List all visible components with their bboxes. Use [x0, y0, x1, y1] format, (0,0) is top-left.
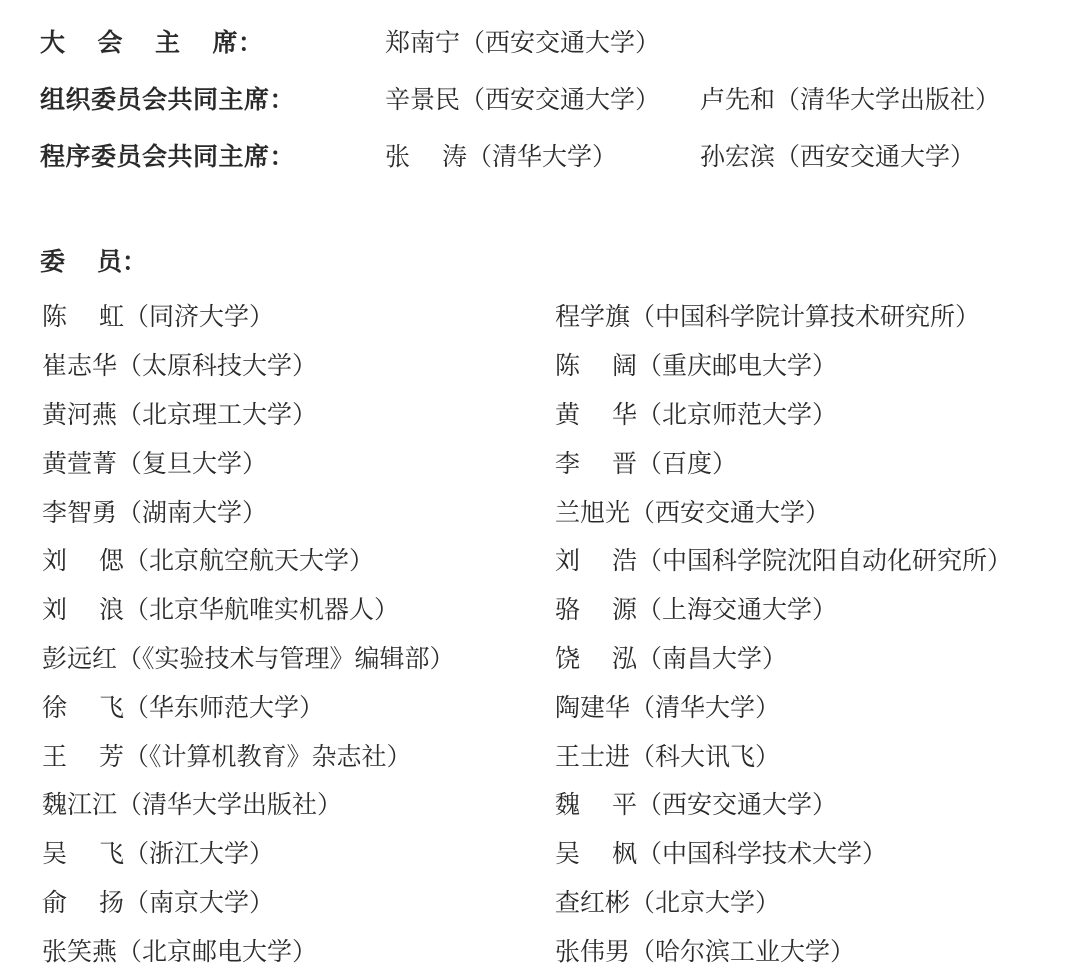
- person-affiliation: （同济大学）: [124, 304, 274, 331]
- person-affiliation: （西安交通大学）: [460, 87, 660, 114]
- person-name: 吴飞: [42, 841, 124, 868]
- chair-row: 程序委员会共同主席：张涛（清华大学）孙宏滨（西安交通大学）: [0, 126, 1080, 183]
- person-name: 王士进: [555, 744, 630, 771]
- name-gap: [580, 373, 612, 374]
- name-gap: [580, 568, 612, 569]
- name-gap: [67, 764, 99, 765]
- person-name: 黄萱菁: [42, 451, 117, 478]
- person-affiliation: （中国科学技术大学）: [637, 841, 887, 868]
- person: 饶泓（南昌大学）: [555, 639, 787, 675]
- person: 刘浩（中国科学院沈阳自动化研究所）: [555, 541, 1012, 577]
- member-row: 魏江江（清华大学出版社）: [42, 779, 513, 828]
- member-row: 黄河燕（北京理工大学）: [42, 389, 513, 438]
- member-row: 王士进（科大讯飞）: [555, 730, 1080, 779]
- person-name: 陶建华: [555, 695, 630, 722]
- chair-role-label: 程序委员会共同主席：: [40, 137, 385, 173]
- person-name: 刘浩: [555, 548, 637, 575]
- person: 吴枫（中国科学技术大学）: [555, 834, 887, 870]
- member-row: 刘浩（中国科学院沈阳自动化研究所）: [555, 535, 1080, 584]
- person: 程学旗（中国科学院计算技术研究所）: [555, 297, 980, 333]
- person-affiliation: （中国科学院计算技术研究所）: [630, 304, 980, 331]
- person-name: 李智勇: [42, 500, 117, 527]
- name-gap: [67, 910, 99, 911]
- member-row: 魏平（西安交通大学）: [555, 779, 1080, 828]
- chair-role-label: 大会主席：: [40, 23, 385, 59]
- person-affiliation: （北京大学）: [630, 890, 780, 917]
- name-gap: [410, 164, 442, 165]
- name-gap: [67, 324, 99, 325]
- chairs-section: 大会主席：郑南宁（西安交通大学）组织委员会共同主席：辛景民（西安交通大学）卢先和…: [0, 0, 1080, 183]
- member-row: 彭远红（《实验技术与管理》编辑部）: [42, 633, 513, 682]
- person-affiliation: （科大讯飞）: [630, 744, 780, 771]
- person-affiliation: （百度）: [637, 451, 737, 478]
- member-row: 陈虹（同济大学）: [42, 291, 513, 340]
- person-name: 陈虹: [42, 304, 124, 331]
- person-name: 俞扬: [42, 890, 124, 917]
- member-row: 俞扬（南京大学）: [42, 877, 513, 926]
- person: 查红彬（北京大学）: [555, 883, 780, 919]
- name-gap: [580, 812, 612, 813]
- person-affiliation: （西安交通大学）: [637, 792, 837, 819]
- person-affiliation: （重庆邮电大学）: [637, 353, 837, 380]
- person: 辛景民（西安交通大学）: [385, 80, 700, 116]
- person-affiliation: （中国科学院沈阳自动化研究所）: [637, 548, 1012, 575]
- member-row: 黄华（北京师范大学）: [555, 389, 1080, 438]
- person: 陶建华（清华大学）: [555, 688, 780, 724]
- person-affiliation: （北京理工大学）: [117, 402, 317, 429]
- person-name: 刘浪: [42, 597, 124, 624]
- name-gap: [580, 861, 612, 862]
- person-name: 黄华: [555, 402, 637, 429]
- person-affiliation: （《计算机教育》杂志社）: [124, 744, 412, 771]
- person-name: 程学旗: [555, 304, 630, 331]
- person-name: 查红彬: [555, 890, 630, 917]
- person-name: 吴枫: [555, 841, 637, 868]
- members-columns: 陈虹（同济大学）崔志华（太原科技大学）黄河燕（北京理工大学）黄萱菁（复旦大学）李…: [0, 291, 1080, 974]
- person: 陈阔（重庆邮电大学）: [555, 346, 837, 382]
- member-row: 饶泓（南昌大学）: [555, 633, 1080, 682]
- name-gap: [181, 50, 213, 51]
- member-row: 张伟男（哈尔滨工业大学）: [555, 925, 1080, 974]
- person-name: 饶泓: [555, 646, 637, 673]
- person-name: 陈阔: [555, 353, 637, 380]
- person: 魏江江（清华大学出版社）: [42, 785, 342, 821]
- person: 郑南宁（西安交通大学）: [385, 23, 660, 59]
- person-name: 崔志华: [42, 353, 117, 380]
- person-name: 卢先和: [700, 87, 775, 114]
- person-name: 孙宏滨: [700, 144, 775, 171]
- member-row: 李晋（百度）: [555, 437, 1080, 486]
- name-gap: [580, 471, 612, 472]
- name-gap: [580, 666, 612, 667]
- person-affiliation: （清华大学出版社）: [117, 792, 342, 819]
- person-affiliation: （复旦大学）: [117, 451, 267, 478]
- person-affiliation: （北京邮电大学）: [117, 939, 317, 966]
- person-name: 魏江江: [42, 792, 117, 819]
- members-column-right: 程学旗（中国科学院计算技术研究所）陈阔（重庆邮电大学）黄华（北京师范大学）李晋（…: [513, 291, 1080, 974]
- person-name: 王芳: [42, 744, 124, 771]
- person: 王芳（《计算机教育》杂志社）: [42, 737, 412, 773]
- member-row: 查红彬（北京大学）: [555, 877, 1080, 926]
- person: 崔志华（太原科技大学）: [42, 346, 317, 382]
- member-row: 刘浪（北京华航唯实机器人）: [42, 584, 513, 633]
- person-name: 张涛: [385, 144, 467, 171]
- person-affiliation: （北京师范大学）: [637, 402, 837, 429]
- member-row: 刘偲（北京航空航天大学）: [42, 535, 513, 584]
- person: 张涛（清华大学）: [385, 137, 700, 173]
- member-row: 王芳（《计算机教育》杂志社）: [42, 730, 513, 779]
- person: 魏平（西安交通大学）: [555, 785, 837, 821]
- person: 张笑燕（北京邮电大学）: [42, 932, 317, 968]
- person: 孙宏滨（西安交通大学）: [700, 137, 975, 173]
- person-affiliation: （清华大学出版社）: [775, 87, 1000, 114]
- chair-row: 组织委员会共同主席：辛景民（西安交通大学）卢先和（清华大学出版社）: [0, 69, 1080, 126]
- person-name: 刘偲: [42, 548, 124, 575]
- person: 陈虹（同济大学）: [42, 297, 274, 333]
- person-affiliation: （南昌大学）: [637, 646, 787, 673]
- person-affiliation: （西安交通大学）: [630, 500, 830, 527]
- person: 骆源（上海交通大学）: [555, 590, 837, 626]
- person-name: 张伟男: [555, 939, 630, 966]
- person-name: 张笑燕: [42, 939, 117, 966]
- person: 兰旭光（西安交通大学）: [555, 493, 830, 529]
- person-affiliation: （清华大学）: [467, 144, 617, 171]
- member-row: 骆源（上海交通大学）: [555, 584, 1080, 633]
- member-row: 程学旗（中国科学院计算技术研究所）: [555, 291, 1080, 340]
- person: 王士进（科大讯飞）: [555, 737, 780, 773]
- person-affiliation: （华东师范大学）: [124, 695, 324, 722]
- person-affiliation: （西安交通大学）: [460, 30, 660, 57]
- member-row: 崔志华（太原科技大学）: [42, 340, 513, 389]
- person-affiliation: （清华大学）: [630, 695, 780, 722]
- member-row: 黄萱菁（复旦大学）: [42, 437, 513, 486]
- member-row: 徐飞（华东师范大学）: [42, 681, 513, 730]
- person-name: 彭远红: [42, 646, 117, 673]
- member-row: 陈阔（重庆邮电大学）: [555, 340, 1080, 389]
- person-name: 辛景民: [385, 87, 460, 114]
- person: 徐飞（华东师范大学）: [42, 688, 324, 724]
- person-affiliation: （南京大学）: [124, 890, 274, 917]
- committee-document: 大会主席：郑南宁（西安交通大学）组织委员会共同主席：辛景民（西安交通大学）卢先和…: [0, 0, 1080, 974]
- person-affiliation: （浙江大学）: [124, 841, 274, 868]
- name-gap: [65, 269, 97, 270]
- chair-row: 大会主席：郑南宁（西安交通大学）: [0, 12, 1080, 69]
- member-row: 张笑燕（北京邮电大学）: [42, 925, 513, 974]
- person: 刘偲（北京航空航天大学）: [42, 541, 374, 577]
- person: 黄华（北京师范大学）: [555, 395, 837, 431]
- chair-role-label: 组织委员会共同主席：: [40, 80, 385, 116]
- person-affiliation: （湖南大学）: [117, 500, 267, 527]
- person: 卢先和（清华大学出版社）: [700, 80, 1000, 116]
- name-gap: [67, 715, 99, 716]
- person-name: 黄河燕: [42, 402, 117, 429]
- person: 俞扬（南京大学）: [42, 883, 274, 919]
- member-row: 吴枫（中国科学技术大学）: [555, 828, 1080, 877]
- person: 黄河燕（北京理工大学）: [42, 395, 317, 431]
- person-name: 徐飞: [42, 695, 124, 722]
- person-name: 兰旭光: [555, 500, 630, 527]
- person-affiliation: （北京华航唯实机器人）: [124, 597, 399, 624]
- person-name: 郑南宁: [385, 30, 460, 57]
- person: 李智勇（湖南大学）: [42, 493, 267, 529]
- person: 吴飞（浙江大学）: [42, 834, 274, 870]
- name-gap: [67, 861, 99, 862]
- person-name: 骆源: [555, 597, 637, 624]
- person-affiliation: （哈尔滨工业大学）: [630, 939, 855, 966]
- name-gap: [580, 422, 612, 423]
- member-row: 李智勇（湖南大学）: [42, 486, 513, 535]
- person-affiliation: （西安交通大学）: [775, 144, 975, 171]
- person-affiliation: （《实验技术与管理》编辑部）: [117, 646, 455, 673]
- person: 黄萱菁（复旦大学）: [42, 444, 267, 480]
- name-gap: [123, 50, 155, 51]
- person: 李晋（百度）: [555, 444, 737, 480]
- person: 张伟男（哈尔滨工业大学）: [555, 932, 855, 968]
- person-affiliation: （太原科技大学）: [117, 353, 317, 380]
- person: 彭远红（《实验技术与管理》编辑部）: [42, 639, 455, 675]
- name-gap: [66, 50, 98, 51]
- person-affiliation: （北京航空航天大学）: [124, 548, 374, 575]
- person-name: 魏平: [555, 792, 637, 819]
- member-row: 吴飞（浙江大学）: [42, 828, 513, 877]
- members-column-left: 陈虹（同济大学）崔志华（太原科技大学）黄河燕（北京理工大学）黄萱菁（复旦大学）李…: [0, 291, 513, 974]
- person-affiliation: （上海交通大学）: [637, 597, 837, 624]
- member-row: 兰旭光（西安交通大学）: [555, 486, 1080, 535]
- name-gap: [580, 617, 612, 618]
- person: 刘浪（北京华航唯实机器人）: [42, 590, 399, 626]
- members-title: 委员：: [0, 247, 1080, 279]
- member-row: 陶建华（清华大学）: [555, 681, 1080, 730]
- name-gap: [67, 617, 99, 618]
- name-gap: [67, 568, 99, 569]
- person-name: 李晋: [555, 451, 637, 478]
